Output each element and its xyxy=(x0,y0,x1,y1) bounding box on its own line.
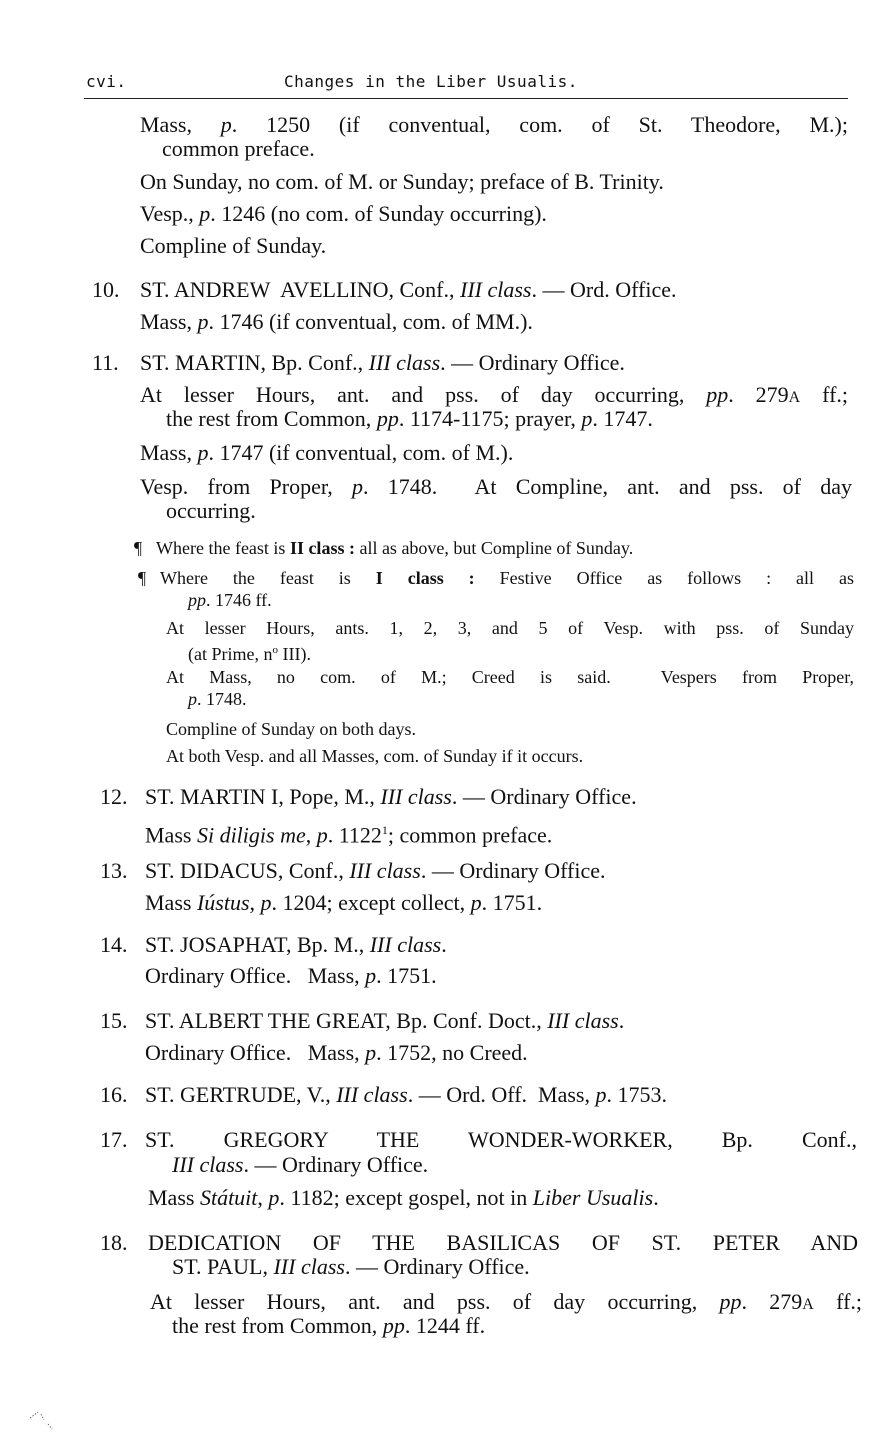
entry-title-cont: ST. PAUL, III class. — Ordinary Office. xyxy=(172,1254,530,1280)
note-line: Compline of Sunday on both days. xyxy=(166,718,416,740)
entry-title: DEDICATION OF THE BASILICAS OF ST. PETER… xyxy=(148,1230,858,1256)
entry-number: 12. xyxy=(100,784,128,810)
continuation-mass-line: Mass, p. 1250 (if conventual, com. of St… xyxy=(140,112,848,138)
note-i-class: ¶Where the feast is I class : Festive Of… xyxy=(138,567,854,589)
entry-line: Mass, p. 1747 (if conventual, com. of M.… xyxy=(140,440,513,466)
entry-number: 15. xyxy=(100,1008,128,1034)
entry-number: 11. xyxy=(92,350,119,376)
entry-number: 14. xyxy=(100,932,128,958)
scan-artifact-mark xyxy=(28,1408,58,1430)
note-line: At both Vesp. and all Masses, com. of Su… xyxy=(166,745,583,767)
continuation-mass-line2: common preface. xyxy=(162,136,315,162)
entry-title: ST. ANDREW AVELLINO, Conf., III class. —… xyxy=(140,277,677,303)
note-line: p. 1748. xyxy=(188,688,247,710)
note-ii-class: ¶Where the feast is II class : all as ab… xyxy=(134,537,633,559)
entry-number: 10. xyxy=(92,277,120,303)
entry-title: ST. DIDACUS, Conf., III class. — Ordinar… xyxy=(145,858,606,884)
pilcrow-icon: ¶ xyxy=(134,537,156,559)
entry-number: 13. xyxy=(100,858,128,884)
entry-title: ST. ALBERT THE GREAT, Bp. Conf. Doct., I… xyxy=(145,1008,624,1034)
page-header: cvi. Changes in the Liber Usualis. xyxy=(86,70,848,96)
entry-line: the rest from Common, pp. 1244 ff. xyxy=(172,1313,485,1339)
document-page: cvi. Changes in the Liber Usualis. Mass,… xyxy=(0,0,892,1433)
entry-line: Ordinary Office. Mass, p. 1752, no Creed… xyxy=(145,1040,528,1066)
entry-line: Mass Státuit, p. 1182; except gospel, no… xyxy=(148,1185,659,1211)
entry-title: ST. GREGORY THE WONDER-WORKER, Bp. Conf.… xyxy=(145,1127,857,1153)
note-line: At Mass, no com. of M.; Creed is said. V… xyxy=(166,666,854,688)
entry-line: Vesp. from Proper, p. 1748. At Compline,… xyxy=(140,474,852,500)
note-line: pp. 1746 ff. xyxy=(188,589,272,611)
page-folio: cvi. xyxy=(86,72,127,91)
entry-title: ST. JOSAPHAT, Bp. M., III class. xyxy=(145,932,447,958)
continuation-compline: Compline of Sunday. xyxy=(140,233,326,259)
entry-title: ST. MARTIN, Bp. Conf., III class. — Ordi… xyxy=(140,350,625,376)
entry-line: Mass Iústus, p. 1204; except collect, p.… xyxy=(145,890,542,916)
entry-title: ST. MARTIN I, Pope, M., III class. — Ord… xyxy=(145,784,637,810)
running-title: Changes in the Liber Usualis. xyxy=(284,72,578,91)
note-line: (at Prime, no III). xyxy=(188,639,311,665)
header-rule xyxy=(84,98,848,99)
entry-line: the rest from Common, pp. 1174-1175; pra… xyxy=(166,406,653,432)
note-line: At lesser Hours, ants. 1, 2, 3, and 5 of… xyxy=(166,617,854,639)
continuation-sunday: On Sunday, no com. of M. or Sunday; pref… xyxy=(140,169,664,195)
entry-title-cont: III class. — Ordinary Office. xyxy=(172,1152,428,1178)
entry-number: 17. xyxy=(100,1127,128,1153)
pilcrow-icon: ¶ xyxy=(138,567,160,589)
entry-number: 18. xyxy=(100,1230,128,1256)
continuation-vespers: Vesp., p. 1246 (no com. of Sunday occurr… xyxy=(140,201,547,227)
entry-line: Ordinary Office. Mass, p. 1751. xyxy=(145,963,437,989)
entry-number: 16. xyxy=(100,1082,128,1108)
entry-line: Mass, p. 1746 (if conventual, com. of MM… xyxy=(140,309,533,335)
entry-title: ST. GERTRUDE, V., III class. — Ord. Off.… xyxy=(145,1082,667,1108)
entry-line: Mass Si diligis me, p. 11221; common pre… xyxy=(145,817,552,848)
entry-line: occurring. xyxy=(166,498,256,524)
